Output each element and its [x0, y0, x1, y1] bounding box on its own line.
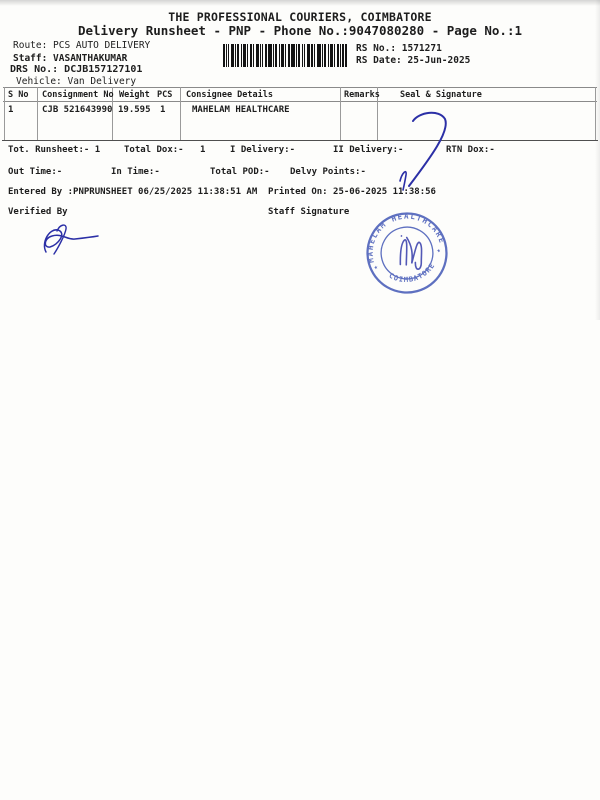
- cell-weight: 19.595: [118, 105, 151, 116]
- table-header-rule: [3, 101, 597, 102]
- delivery-runsheet-document: THE PROFESSIONAL COURIERS, COIMBATORE De…: [0, 0, 600, 800]
- cell-s-no: 1: [8, 105, 13, 116]
- rtn-dox: RTN Dox:-: [446, 145, 495, 156]
- total-runsheet: Tot. Runsheet:- 1: [8, 145, 100, 156]
- rs-date-line: RS Date: 25-Jun-2025: [356, 55, 470, 66]
- scan-edge-right: [595, 0, 600, 320]
- table-bottom-rule: [2, 140, 598, 141]
- header-pcs: PCS: [157, 90, 172, 101]
- delvy-points: Delvy Points:-: [290, 167, 366, 178]
- i-delivery: I Delivery:-: [230, 145, 295, 156]
- staff-line: Staff: VASANTHAKUMAR: [13, 53, 127, 64]
- stamp-signature-ink: [393, 231, 427, 273]
- verified-signature-ink: [44, 225, 98, 254]
- header-seal-signature: Seal & Signature: [400, 90, 482, 101]
- runsheet-subtitle: Delivery Runsheet - PNP - Phone No.:9047…: [0, 25, 600, 36]
- table-top-rule: [3, 87, 597, 88]
- table-vline: [595, 87, 596, 140]
- out-time: Out Time:-: [8, 167, 62, 178]
- stamp-star-left-icon: ★: [373, 263, 379, 272]
- staff-signature-label: Staff Signature: [268, 207, 349, 218]
- total-dox-value: 1: [200, 145, 205, 156]
- table-vline: [37, 87, 38, 140]
- table-vline: [340, 87, 341, 140]
- entered-by-line: Entered By :PNPRUNSHEET 06/25/2025 11:38…: [8, 187, 257, 198]
- route-line: Route: PCS AUTO DELIVERY: [13, 40, 150, 51]
- seal-pen-mark: [400, 113, 446, 190]
- ii-delivery: II Delivery:-: [333, 145, 403, 156]
- scan-edge-top: [0, 0, 600, 6]
- stamp-top-text: MAHELAM HEALTHCARE: [357, 206, 447, 264]
- svg-text:MAHELAM HEALTHCARE: MAHELAM HEALTHCARE: [357, 206, 447, 264]
- consignee-stamp: MAHELAM HEALTHCARE COIMBATORE ★ ★: [357, 206, 457, 300]
- drs-no-line: DRS No.: DCJB157127101: [10, 64, 142, 75]
- total-dox-label: Total Dox:-: [124, 145, 184, 156]
- header-consignee-details: Consignee Details: [186, 90, 273, 101]
- pen-ink-overlay: [0, 0, 600, 800]
- header-remarks: Remarks: [344, 90, 380, 101]
- company-title: THE PROFESSIONAL COURIERS, COIMBATORE: [0, 12, 600, 23]
- cell-consignee: MAHELAM HEALTHCARE: [192, 105, 290, 116]
- header-weight: Weight: [119, 90, 150, 101]
- cell-pcs: 1: [160, 105, 165, 116]
- rs-no-line: RS No.: 1571271: [356, 43, 442, 54]
- in-time: In Time:-: [111, 167, 160, 178]
- header-s-no: S No: [8, 90, 28, 101]
- total-pod: Total POD:-: [210, 167, 270, 178]
- consignment-barcode: [223, 44, 347, 67]
- table-vline: [4, 87, 5, 140]
- vehicle-line: Vehicle: Van Delivery: [16, 76, 136, 87]
- header-consignment-no: Consignment No: [42, 90, 114, 101]
- stamp-star-right-icon: ★: [436, 246, 442, 255]
- table-vline: [180, 87, 181, 140]
- printed-on-line: Printed On: 25-06-2025 11:38:56: [268, 187, 436, 198]
- cell-consignment-no: CJB 521643990: [42, 105, 112, 116]
- verified-by-label: Verified By: [8, 207, 68, 218]
